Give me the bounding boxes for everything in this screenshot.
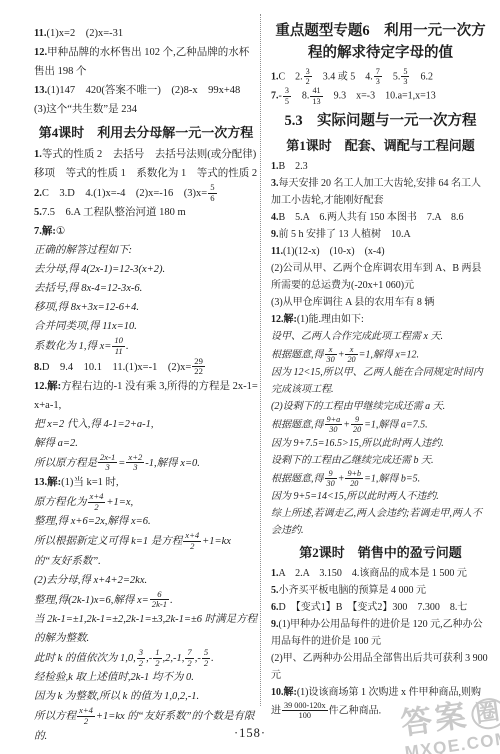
fraction: 72 [185,648,193,668]
answer-line: 9.前 5 h 安排了 13 人植树 10.A [271,226,490,243]
answer-line: 整理,得 x+6=2x,解得 x=6. [34,512,258,531]
workbook-answer-page: 11.(1)x=2 (2)x=-3112.甲种品牌的水杯售出 102 个,乙种品… [0,0,500,754]
column-divider [260,14,261,706]
answer-line: 13.(1)147 420(答案不唯一) (2)8-x 99x+48 [34,81,258,100]
answer-line: 5.小齐买平板电脑的预算是 4 000 元 [271,582,490,599]
answer-line: 4.B 5.A 6.两人共有 150 本图书 7.A 8.6 [271,209,490,226]
fraction: 52 [202,648,210,668]
answer-line: 12.甲种品牌的水杯售出 102 个,乙种品牌的水杯售出 198 个 [34,43,258,81]
fraction: 12 [153,648,161,668]
answer-line: 把 x=2 代入,得 4-1=2+a-1, [34,415,258,434]
answer-line: 此时 k 的值依次为 1,0,32,-12,2,-1,72,-52. [34,648,258,668]
fraction: x+42 [77,706,95,726]
answer-line: 12.解:方程右边的-1 没有乘 3,所得的方程是 2x-1=x+a-1, [34,377,258,415]
fraction: 920 [351,415,363,434]
fraction: 1011 [112,336,125,356]
answer-line: 因为 9+5=14<15,所以此时两人不违约. [271,488,490,505]
answer-line: 8.D 9.4 10.1 11.(1)x=-1 (2)x=2922 [34,357,258,377]
fraction: 2922 [192,357,205,377]
answer-line: 因为 k 为整数,所以 k 的值为 1,0,2,-1. [34,687,258,706]
answer-line: 当 2k-1=±1,2k-1=±2,2k-1=±3,2k-1=±6 时满足方程的… [34,610,258,648]
answer-line: 1.C 2.32 3.4 或 5 4.73 5.53 6.2 [271,67,490,86]
answer-line: 所以原方程是2x-13=x+23-1,解得 x=0. [34,453,258,473]
answer-line: 9.(1)甲种办公用品每件的进价是 120 元,乙种办公用品每件的进价是 100… [271,616,490,650]
answer-line: (3)从甲仓库调往 A 县的农用车有 8 辆 [271,294,490,311]
fraction: 62k-1 [150,590,169,610]
answer-line: 根据题意,得930+9+b20=1,解得 b=5. [271,469,490,488]
answer-line: 1.B 2.3 [271,158,490,175]
answer-line: 系数化为 1,得 x=1011. [34,336,258,356]
fraction: x+42 [183,531,201,551]
answer-line: 5.7.5 6.A 工程队整治河道 180 m [34,203,258,222]
fraction: 9+b20 [345,469,363,488]
fraction: 32 [304,67,312,86]
answer-line: 经检验,k 取上述值时,2k-1 均不为 0. [34,668,258,687]
answer-line: 移项,得 8x+3x=12-6+4. [34,298,258,317]
answer-line: 11.(1)(12-x) (10-x) (x-4) [271,243,490,260]
answer-line: 整理,得(2k-1)x=6,解得 x=62k-1. [34,590,258,610]
answer-line: (3)这个“共生数”是 234 [34,100,258,119]
answer-line: 原方程化为x+42+1=x, [34,492,258,512]
answer-line: 正确的解答过程如下: [34,241,258,260]
answer-line: 2.C 3.D 4.(1)x=-4 (2)x=-16 (3)x=56 [34,183,258,203]
answer-line: 去括号,得 8x-4=12-3x-6. [34,279,258,298]
answer-line: (2)公司从甲、乙两个仓库调农用车到 A、B 两县所需要的总运费为(-20x+1… [271,260,490,294]
section-heading: 重点题型专题6 利用一元一次方程的解求待定字母的值 [271,20,490,64]
fraction: 4113 [310,86,322,105]
fraction: 930 [325,469,337,488]
section-heading: 第4课时 利用去分母解一元一次方程 [34,123,258,142]
answer-line: 11.(1)x=2 (2)x=-31 [34,24,258,43]
answer-line: 设剩下的工程由乙继续完成还需 b 天. [271,452,490,469]
fraction: 32 [137,648,145,668]
fraction: 2x-13 [98,453,117,473]
section-heading: 5.3 实际问题与一元一次方程 [271,110,490,132]
answer-line: 去分母,得 4(2x-1)=12-3(x+2). [34,260,258,279]
fraction: x+23 [126,453,144,473]
answer-line: 综上所述,若调走乙,两人会违约;若调走甲,两人不会违约. [271,505,490,539]
answer-line: 1.A 2.A 3.150 4.该商品的成本是 1 500 元 [271,565,490,582]
fraction: 73 [374,67,382,86]
answer-line: (2)甲、乙两种办公用品全部售出后共可获利 3 900 元 [271,650,490,684]
section-heading: 第1课时 配套、调配与工程问题 [271,136,490,155]
fraction: x30 [325,345,337,364]
answer-line: 解得 a=2. [34,434,258,453]
answer-line: 合并同类项,得 11x=10. [34,317,258,336]
answer-line: 7.解:① [34,222,258,241]
fraction: x+42 [88,492,106,512]
answer-line: (2)去分母,得 x+4+2=2kx. [34,571,258,590]
fraction: 39 000-120x100 [282,701,328,720]
fraction: 9+a30 [325,415,343,434]
answer-line: 因为 12<15,所以甲、乙两人能在合同规定时间内完成该项工程. [271,364,490,398]
fraction: 53 [401,67,409,86]
answer-line: 12.解:(1)能.理由如下: [271,311,490,328]
fraction: 56 [208,183,216,203]
answer-line: 13.解:(1)当 k=1 时, [34,473,258,492]
answer-line: (2)设剩下的工程由甲继续完成还需 a 天. [271,398,490,415]
answer-line: 7.-35 8.4113 9.3 x=-3 10.a=1,x=13 [271,86,490,105]
answer-line: 设甲、乙两人合作完成此项工程需 x 天. [271,328,490,345]
fraction: 35 [283,86,291,105]
watermark-brand-badge: 圈 [469,696,500,732]
answer-line: 6.D 【变式1】B 【变式2】300 7.300 8.七 [271,599,490,616]
answer-line: 3.每天安排 20 名工人加工大齿轮,安排 64 名工人加工小齿轮,才能刚好配套 [271,175,490,209]
section-heading: 第2课时 销售中的盈亏问题 [271,543,490,562]
answer-line: 所以根据新定义可得 k=1 是方程x+42+1=kx 的“友好系数”. [34,531,258,570]
answer-line: 因为 9+7.5=16.5>15,所以此时两人违约. [271,435,490,452]
left-answer-column: 11.(1)x=2 (2)x=-3112.甲种品牌的水杯售出 102 个,乙种品… [34,24,258,746]
answer-line: 根据题意,得x30+x20=1,解得 x=12. [271,345,490,364]
answer-line: 1.等式的性质 2 去括号 去括号法则(或分配律) 移项 等式的性质 1 系数化… [34,145,258,183]
fraction: x20 [345,345,357,364]
answer-line: 根据题意,得9+a30+920=1,解得 a=7.5. [271,415,490,434]
right-answer-column: 重点题型专题6 利用一元一次方程的解求待定字母的值1.C 2.32 3.4 或 … [271,16,490,720]
